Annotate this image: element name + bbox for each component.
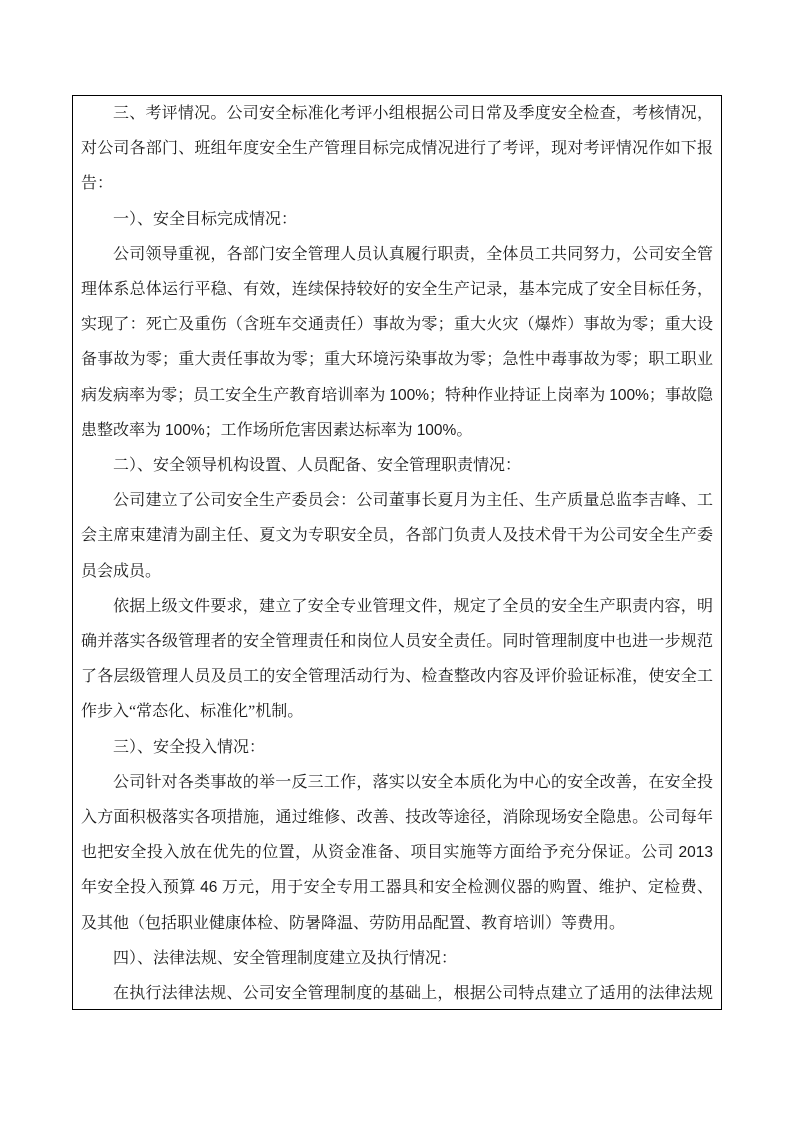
section-heading: 四）、法律法规、安全管理制度建立及执行情况： <box>81 941 713 976</box>
body-paragraph: 三、考评情况。公司安全标准化考评小组根据公司日常及季度安全检查，考核情况，对公司… <box>81 96 713 202</box>
body-paragraph: 公司建立了公司安全生产委员会：公司董事长夏月为主任、生产质量总监李吉峰、工会主席… <box>81 483 713 589</box>
section-heading: 二）、安全领导机构设置、人员配备、安全管理职责情况： <box>81 448 713 483</box>
numeric-value: 100% <box>389 387 429 404</box>
body-paragraph: 依据上级文件要求，建立了安全专业管理文件，规定了全员的安全生产职责内容，明确并落… <box>81 589 713 730</box>
numeric-value: 46 <box>200 879 217 896</box>
numeric-value: 100% <box>165 422 205 439</box>
numeric-value: 100% <box>609 387 649 404</box>
report-paragraphs: 三、考评情况。公司安全标准化考评小组根据公司日常及季度安全检查，考核情况，对公司… <box>73 96 721 1009</box>
numeric-value: 100% <box>417 422 457 439</box>
body-paragraph: 在执行法律法规、公司安全管理制度的基础上，根据公司特点建立了适用的法律法规清单，… <box>81 976 713 1010</box>
numeric-value: 2013 <box>679 844 713 861</box>
section-heading: 一）、安全目标完成情况： <box>81 202 713 237</box>
body-paragraph: 公司针对各类事故的举一反三工作，落实以安全本质化为中心的安全改善，在安全投入方面… <box>81 765 713 941</box>
section-heading: 三）、安全投入情况： <box>81 730 713 765</box>
report-text-cell: 三、考评情况。公司安全标准化考评小组根据公司日常及季度安全检查，考核情况，对公司… <box>72 95 722 1010</box>
document-page: 三、考评情况。公司安全标准化考评小组根据公司日常及季度安全检查，考核情况，对公司… <box>0 0 793 1122</box>
body-paragraph: 公司领导重视，各部门安全管理人员认真履行职责，全体员工共同努力，公司安全管理体系… <box>81 237 713 448</box>
